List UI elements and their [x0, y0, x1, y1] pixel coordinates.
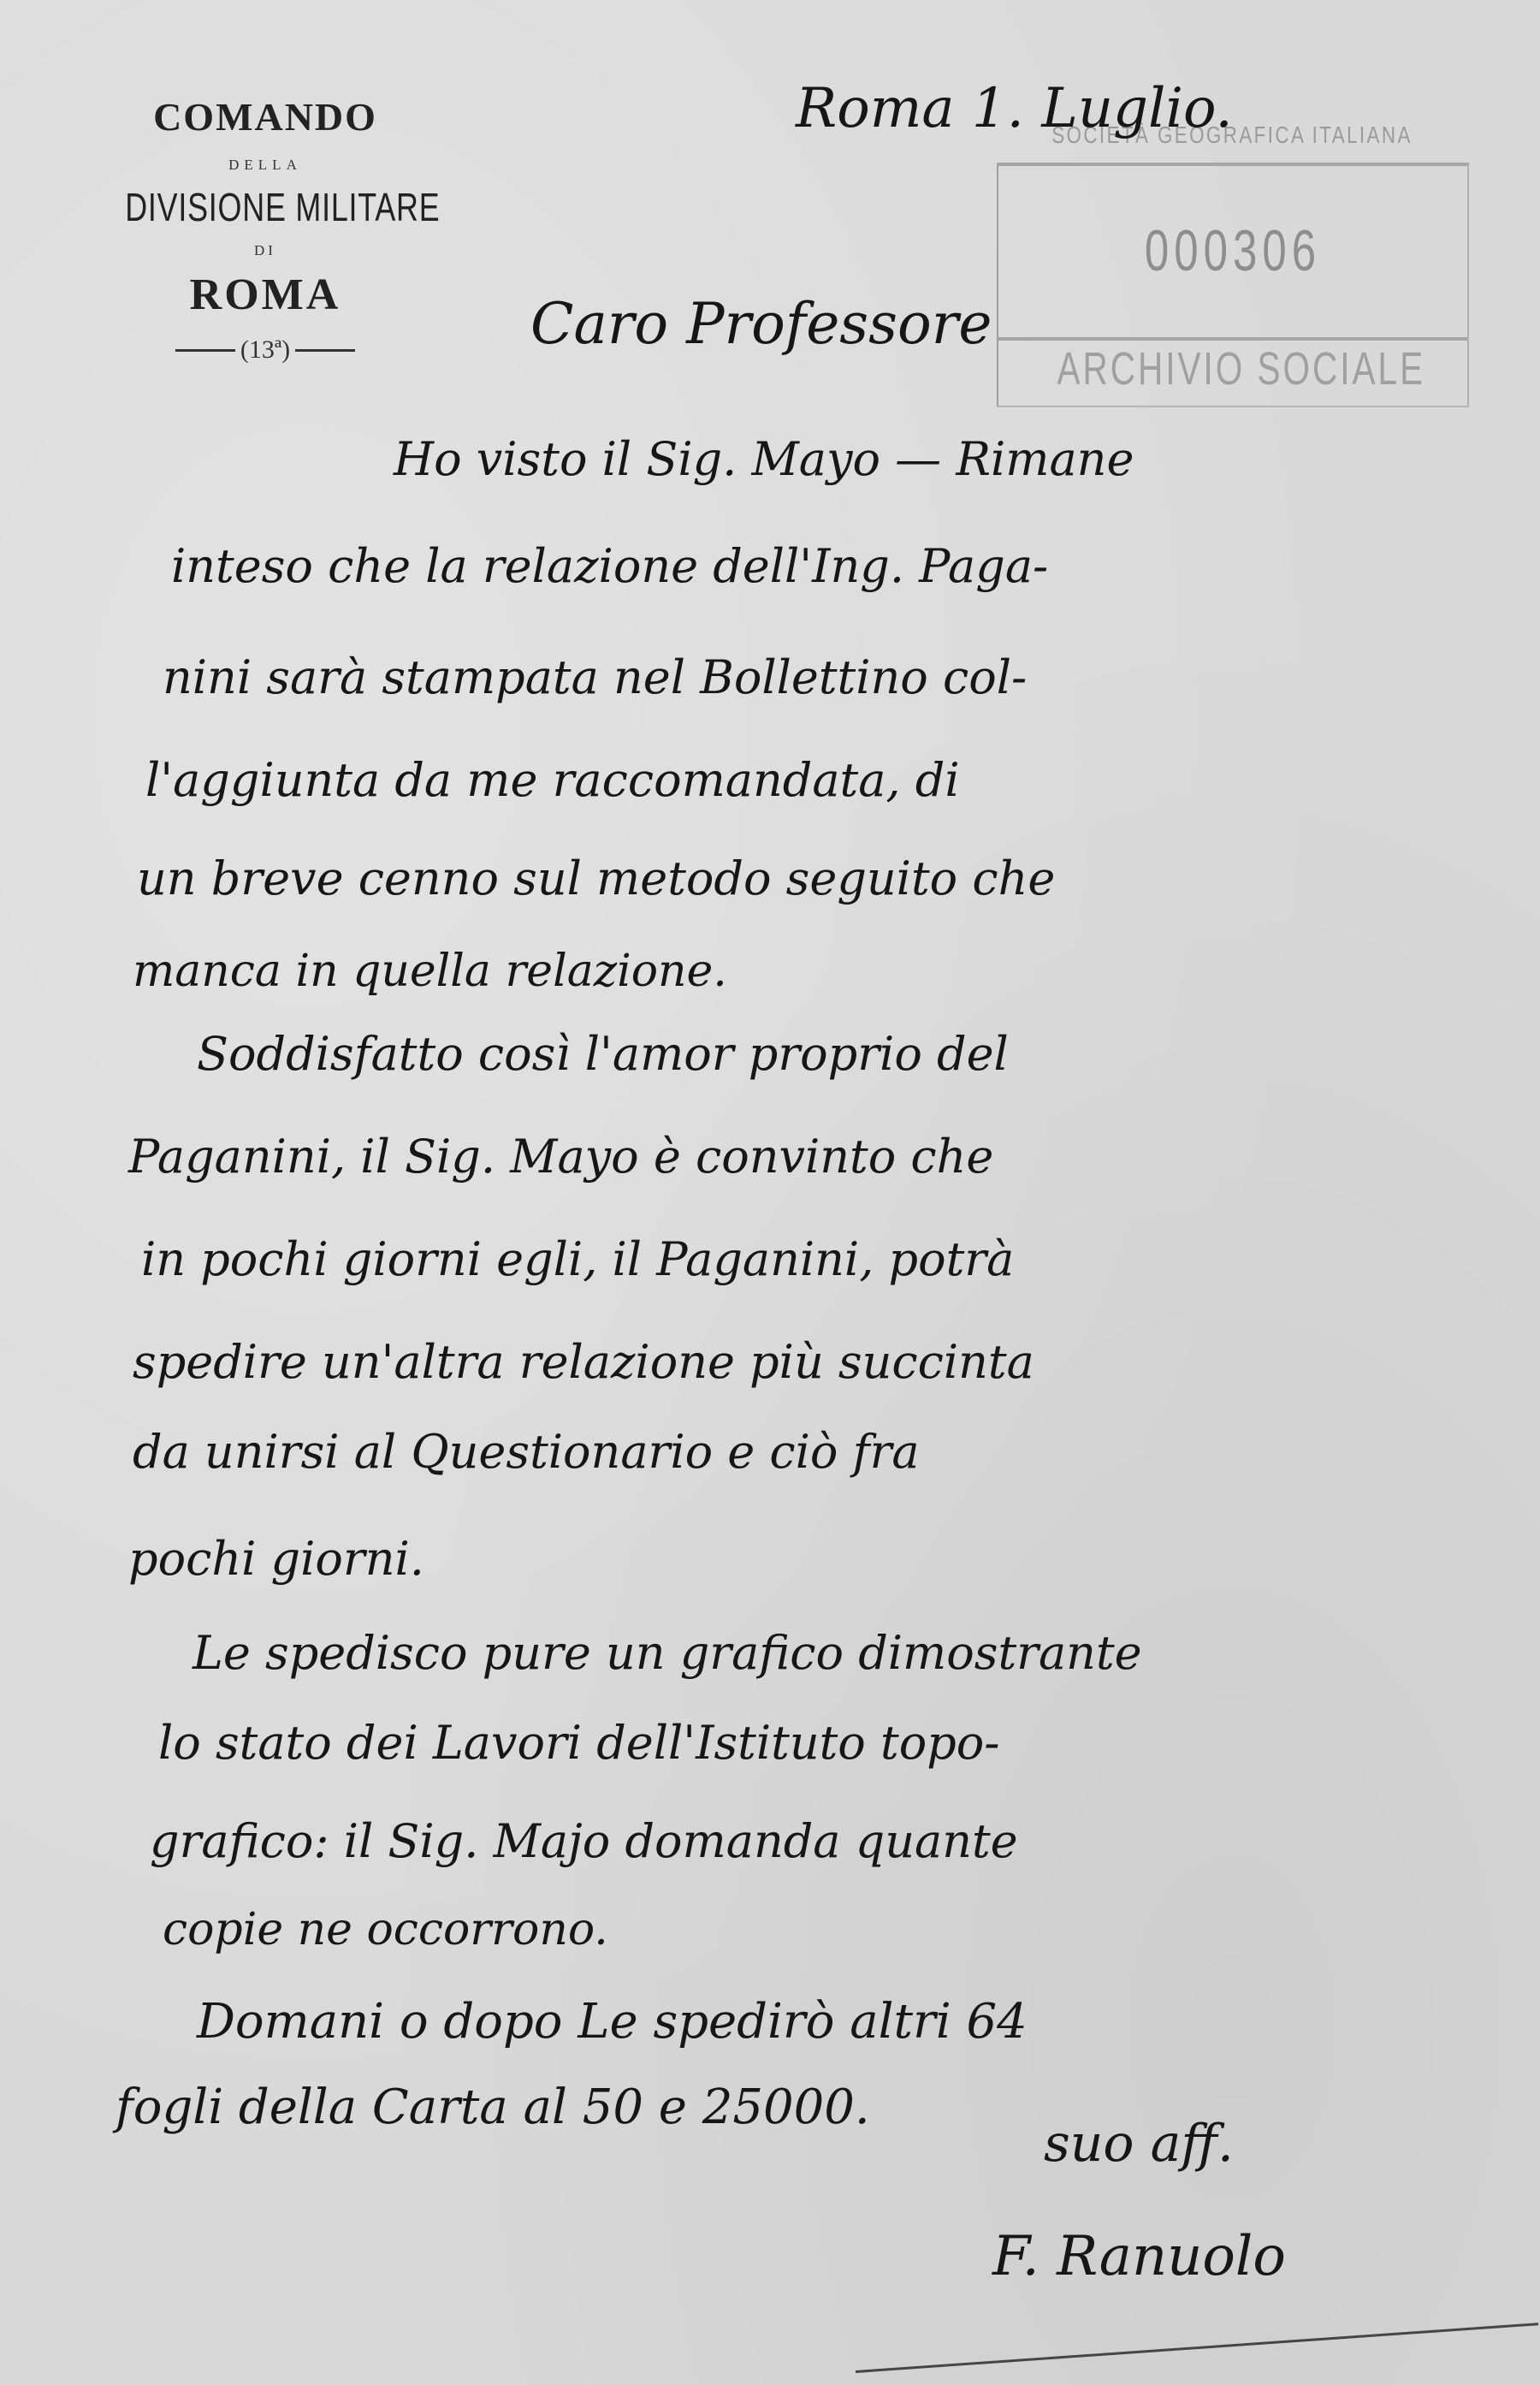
body-line: in pochi giorni egli, il Paganini, potrà — [141, 1232, 1014, 1286]
stamp-number: 000306 — [1057, 217, 1409, 284]
body-line: da unirsi al Questionario e ciò fra — [133, 1425, 920, 1479]
body-line: lo stato dei Lavori dell'Istituto topo- — [158, 1716, 1000, 1770]
body-line: Le spedisco pure un grafico dimostrante — [192, 1626, 1142, 1680]
body-line: fogli della Carta al 50 e 25000. — [115, 2079, 870, 2135]
body-line: spedire un'altra relazione più succinta — [133, 1335, 1034, 1389]
body-line: l'aggiunta da me raccomandata, di — [145, 753, 960, 807]
letterhead-di: DI — [86, 242, 445, 259]
signature: F. Ranuolo — [992, 2225, 1286, 2288]
date-line: Roma 1. Luglio. — [796, 77, 1233, 140]
signature-flourish-icon — [856, 2323, 1538, 2373]
division-number: (13ª) — [240, 335, 290, 365]
salutation: Caro Professore — [530, 291, 992, 357]
body-line: grafico: il Sig. Majo domanda quante — [150, 1814, 1018, 1868]
letterhead-roma: ROMA — [86, 270, 445, 320]
body-line: Ho visto il Sig. Mayo — Rimane — [394, 432, 1134, 486]
rule-right-icon — [295, 349, 355, 352]
body-line: Paganini, il Sig. Mayo è convinto che — [128, 1130, 993, 1184]
rule-left-icon — [175, 349, 235, 352]
letterhead-comando: COMANDO — [86, 94, 445, 139]
body-line: copie ne occorrono. — [163, 1904, 608, 1955]
stamp-box: 000306 ARCHIVIO SOCIALE — [997, 163, 1469, 407]
body-line: Soddisfatto così l'amor proprio del — [197, 1027, 1009, 1081]
letterhead-rule: (13ª) — [86, 335, 445, 365]
letterhead-division: DIVISIONE MILITARE — [125, 184, 406, 230]
body-line: un breve cenno sul metodo seguito che — [137, 851, 1055, 905]
stamp-divider — [998, 337, 1467, 341]
body-line: Domani o dopo Le spedirò altri 64 — [197, 1994, 1028, 2050]
closing: suo aff. — [1044, 2114, 1234, 2174]
stamp-label: ARCHIVIO SOCIALE — [1057, 342, 1409, 395]
body-line: nini sarà stampata nel Bollettino col- — [163, 650, 1027, 704]
letterhead: COMANDO DELLA DIVISIONE MILITARE DI ROMA… — [86, 94, 445, 365]
body-line: inteso che la relazione dell'Ing. Paga- — [171, 539, 1048, 593]
letterhead-della: DELLA — [86, 157, 445, 174]
archive-stamp: SOCIETÀ GEOGRAFICA ITALIANA 000306 ARCHI… — [997, 111, 1467, 406]
body-line: manca in quella relazione. — [133, 946, 727, 997]
body-line: pochi giorni. — [128, 1532, 424, 1586]
